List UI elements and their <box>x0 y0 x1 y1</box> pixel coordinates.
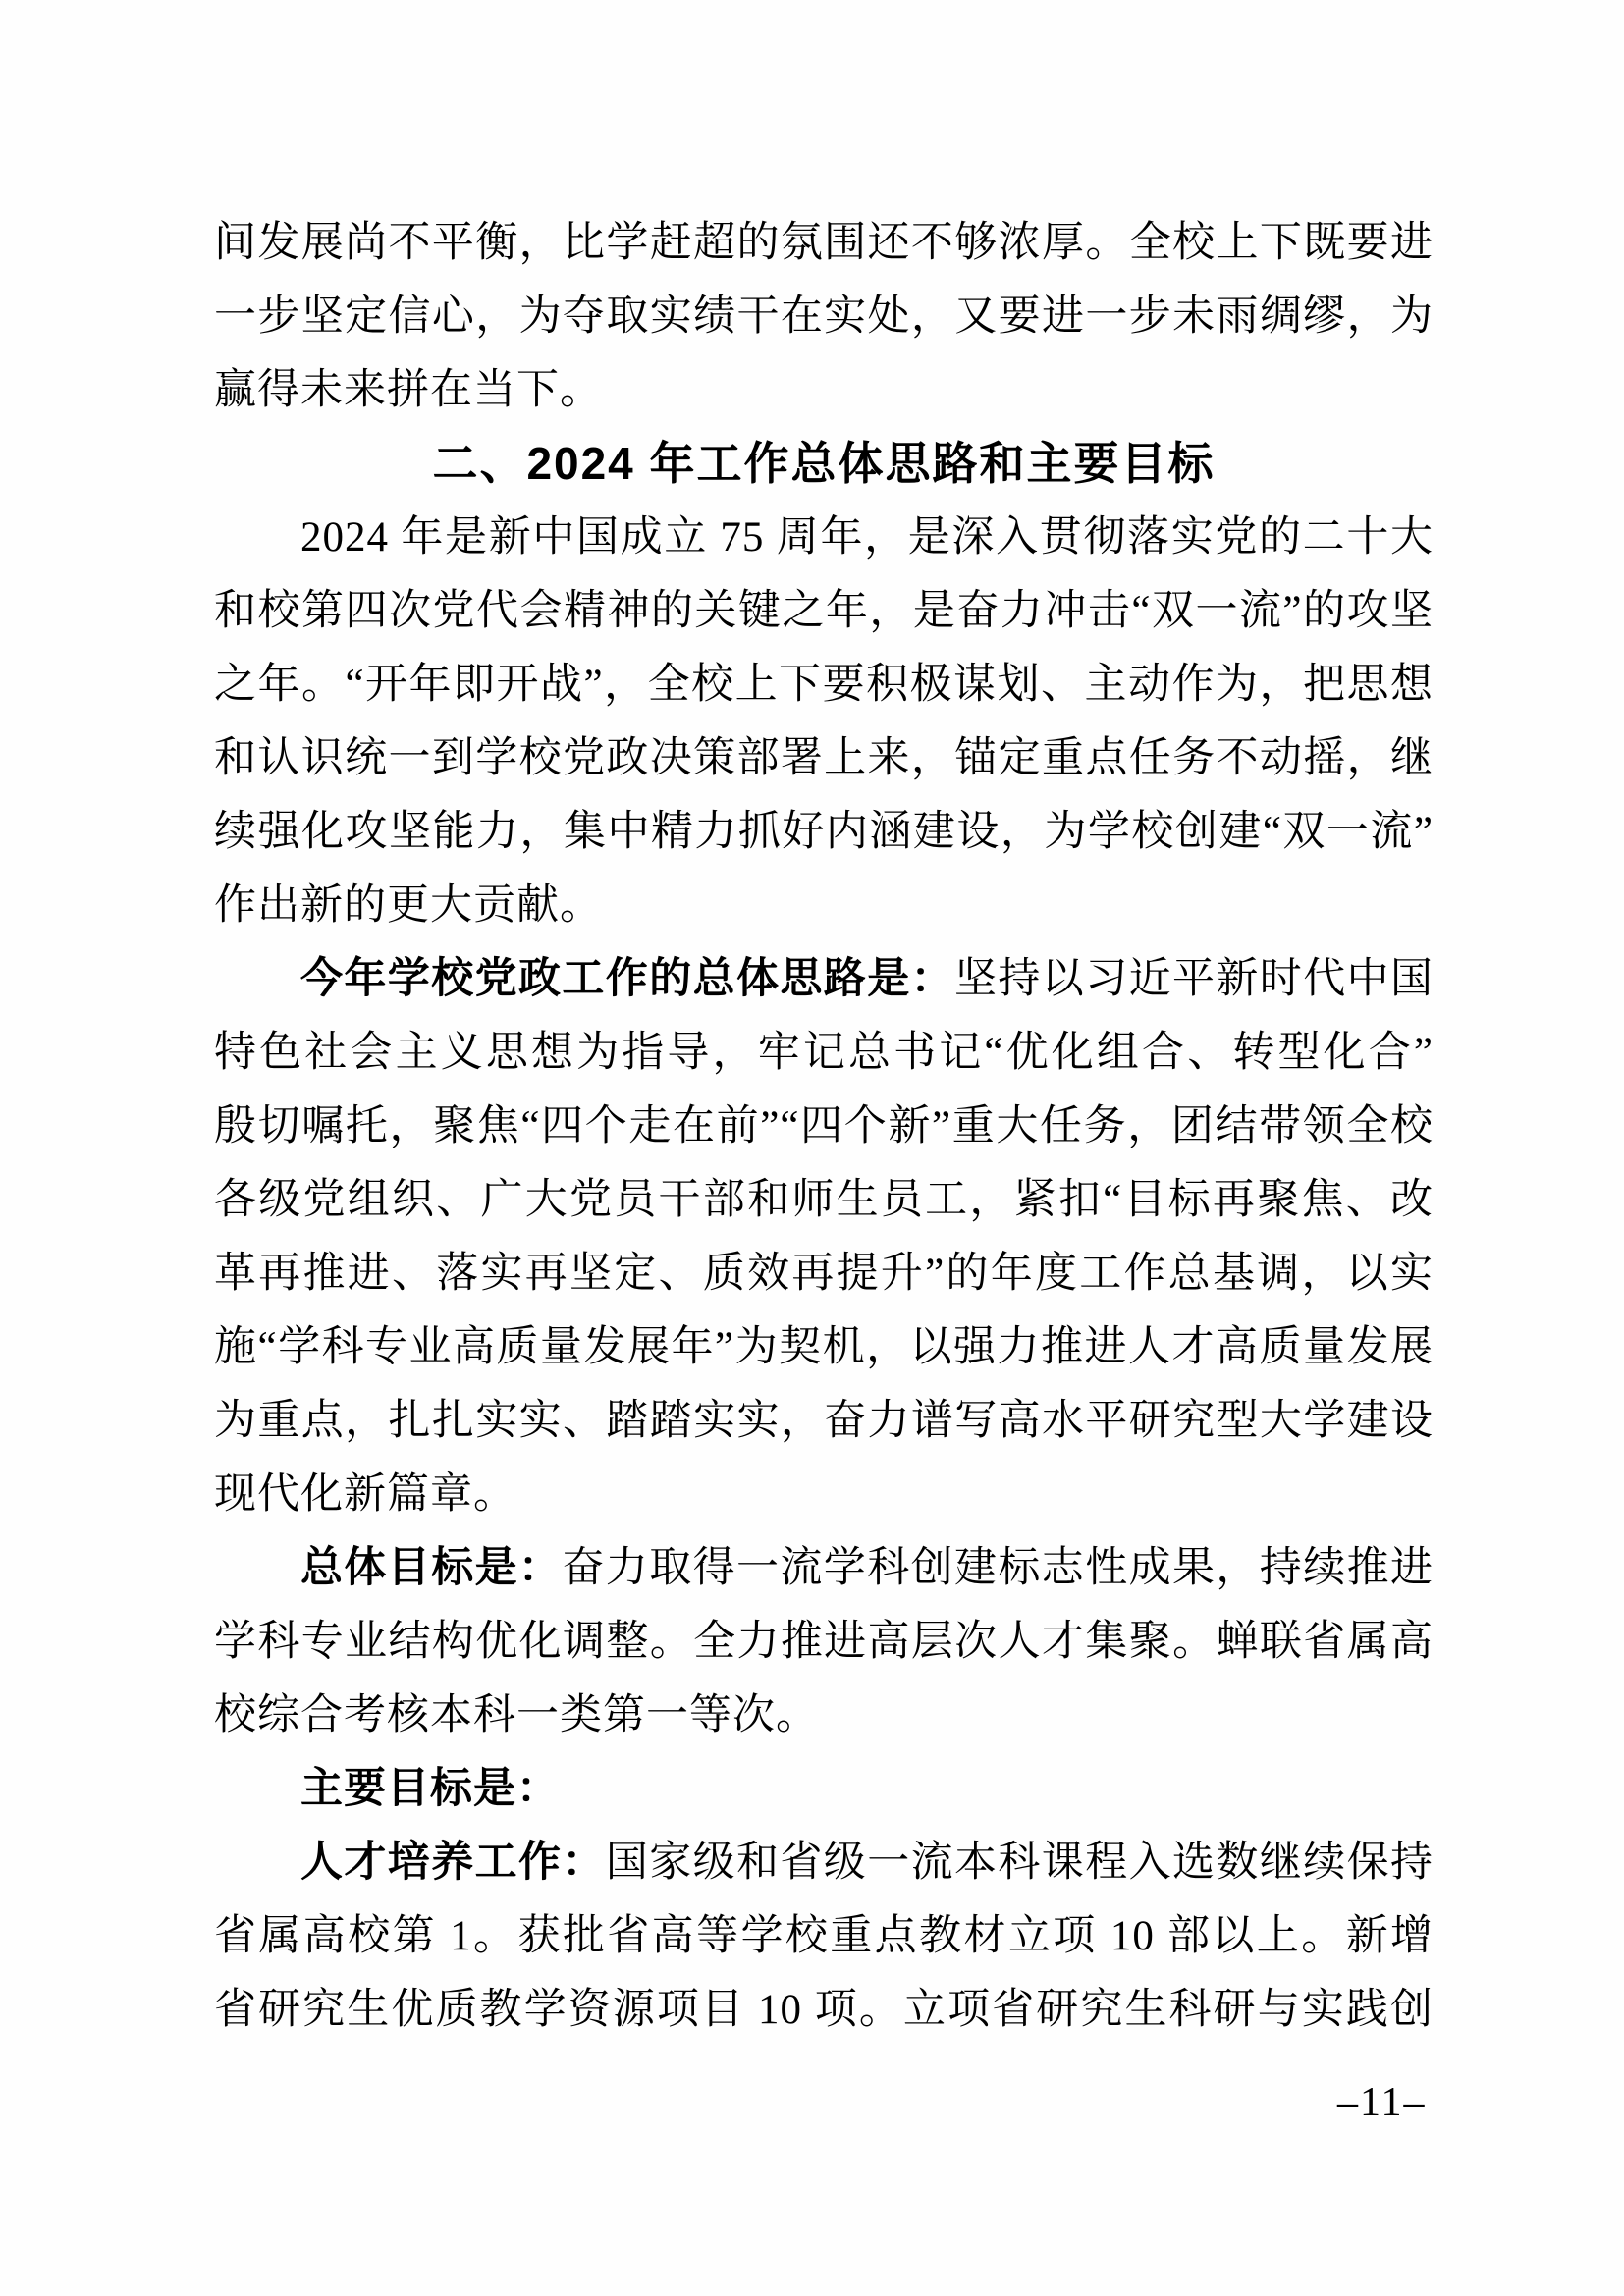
text-line: 校综合考核本科一类第一等次。 <box>214 1679 1434 1752</box>
text-line: 和认识统一到学校党政决策部署上来，锚定重点任务不动摇，继 <box>214 721 1434 795</box>
line-text: 和校第四次党代会精神的关键之年，是奋力冲击“双一流”的攻坚 <box>214 588 1434 634</box>
line-text: 现代化新篇章。 <box>214 1471 516 1518</box>
text-line: 之年。“开年即开战”，全校上下要积极谋划、主动作为，把思想 <box>214 648 1434 721</box>
text-line: 特色社会主义思想为指导，牢记总书记“优化组合、转型化合” <box>214 1016 1434 1090</box>
line-text: 革再推进、落实再坚定、质效再提升”的年度工作总基调，以实 <box>214 1251 1434 1297</box>
text-line: 和校第四次党代会精神的关键之年，是奋力冲击“双一流”的攻坚 <box>214 574 1434 648</box>
bold-lead-text: 二、2024 年工作总体思路和主要目标 <box>432 438 1215 489</box>
line-text: 一步坚定信心，为夺取实绩干在实处，又要进一步未雨绸缪，为 <box>214 294 1434 340</box>
line-text: 2024 年是新中国成立 75 周年，是深入贯彻落实党的二十大 <box>300 514 1434 561</box>
line-text: 国家级和省级一流本科课程入选数继续保持 <box>606 1840 1434 1886</box>
line-text: 坚持以习近平新时代中国 <box>954 956 1434 1002</box>
text-line: 间发展尚不平衡，比学赶超的氛围还不够浓厚。全校上下既要进 <box>214 206 1434 280</box>
line-text: 奋力取得一流学科创建标志性成果，持续推进 <box>562 1545 1434 1591</box>
line-text: 校综合考核本科一类第一等次。 <box>214 1692 819 1738</box>
text-line: 省研究生优质教学资源项目 10 项。立项省研究生科研与实践创 <box>214 1973 1434 2047</box>
line-text: 间发展尚不平衡，比学赶超的氛围还不够浓厚。全校上下既要进 <box>214 220 1434 266</box>
text-line: 总体目标是：奋力取得一流学科创建标志性成果，持续推进 <box>214 1531 1434 1605</box>
text-block: 间发展尚不平衡，比学赶超的氛围还不够浓厚。全校上下既要进一步坚定信心，为夺取实绩… <box>214 206 1434 2047</box>
bold-lead-text: 今年学校党政工作的总体思路是： <box>300 955 954 1002</box>
line-text: 之年。“开年即开战”，全校上下要积极谋划、主动作为，把思想 <box>214 662 1434 708</box>
line-text: 赢得未来拼在当下。 <box>214 367 603 413</box>
text-line: 今年学校党政工作的总体思路是：坚持以习近平新时代中国 <box>214 942 1434 1016</box>
line-text: 续强化攻坚能力，集中精力抓好内涵建设，为学校创建“双一流” <box>214 809 1434 855</box>
text-line: 省属高校第 1。获批省高等学校重点教材立项 10 部以上。新增 <box>214 1899 1434 1973</box>
line-text: 特色社会主义思想为指导，牢记总书记“优化组合、转型化合” <box>214 1030 1434 1076</box>
line-text: 为重点，扎扎实实、踏踏实实，奋力谱写高水平研究型大学建设 <box>214 1398 1434 1444</box>
text-line: 殷切嘱托，聚焦“四个走在前”“四个新”重大任务，团结带领全校 <box>214 1090 1434 1163</box>
text-line: 学科专业结构优化调整。全力推进高层次人才集聚。蝉联省属高 <box>214 1605 1434 1679</box>
line-text: 施“学科专业高质量发展年”为契机，以强力推进人才高质量发展 <box>214 1324 1434 1370</box>
page-number: –11– <box>1337 2079 1426 2126</box>
text-line: 主要目标是： <box>214 1752 1434 1826</box>
section-heading: 二、2024 年工作总体思路和主要目标 <box>214 427 1434 501</box>
text-line: 续强化攻坚能力，集中精力抓好内涵建设，为学校创建“双一流” <box>214 795 1434 869</box>
line-text: 和认识统一到学校党政决策部署上来，锚定重点任务不动摇，继 <box>214 735 1434 781</box>
bold-lead-text: 主要目标是： <box>300 1765 560 1812</box>
text-line: 各级党组织、广大党员干部和师生员工，紧扣“目标再聚焦、改 <box>214 1163 1434 1237</box>
bold-lead-text: 总体目标是： <box>300 1544 562 1591</box>
text-line: 人才培养工作：国家级和省级一流本科课程入选数继续保持 <box>214 1826 1434 1899</box>
text-line: 赢得未来拼在当下。 <box>214 353 1434 427</box>
text-line: 现代化新篇章。 <box>214 1458 1434 1531</box>
line-text: 作出新的更大贡献。 <box>214 882 603 929</box>
line-text: 学科专业结构优化调整。全力推进高层次人才集聚。蝉联省属高 <box>214 1619 1434 1665</box>
line-text: 省研究生优质教学资源项目 10 项。立项省研究生科研与实践创 <box>214 1987 1434 2033</box>
bold-lead-text: 人才培养工作： <box>300 1839 606 1886</box>
text-line: 施“学科专业高质量发展年”为契机，以强力推进人才高质量发展 <box>214 1310 1434 1384</box>
text-line: 一步坚定信心，为夺取实绩干在实处，又要进一步未雨绸缪，为 <box>214 280 1434 353</box>
text-line: 革再推进、落实再坚定、质效再提升”的年度工作总基调，以实 <box>214 1237 1434 1310</box>
line-text: 殷切嘱托，聚焦“四个走在前”“四个新”重大任务，团结带领全校 <box>214 1103 1434 1149</box>
line-text: 省属高校第 1。获批省高等学校重点教材立项 10 部以上。新增 <box>214 1913 1434 1959</box>
text-line: 为重点，扎扎实实、踏踏实实，奋力谱写高水平研究型大学建设 <box>214 1384 1434 1458</box>
document-page: 间发展尚不平衡，比学赶超的氛围还不够浓厚。全校上下既要进一步坚定信心，为夺取实绩… <box>0 0 1624 2296</box>
text-line: 2024 年是新中国成立 75 周年，是深入贯彻落实党的二十大 <box>214 501 1434 574</box>
line-text: 各级党组织、广大党员干部和师生员工，紧扣“目标再聚焦、改 <box>214 1177 1434 1223</box>
text-line: 作出新的更大贡献。 <box>214 869 1434 942</box>
